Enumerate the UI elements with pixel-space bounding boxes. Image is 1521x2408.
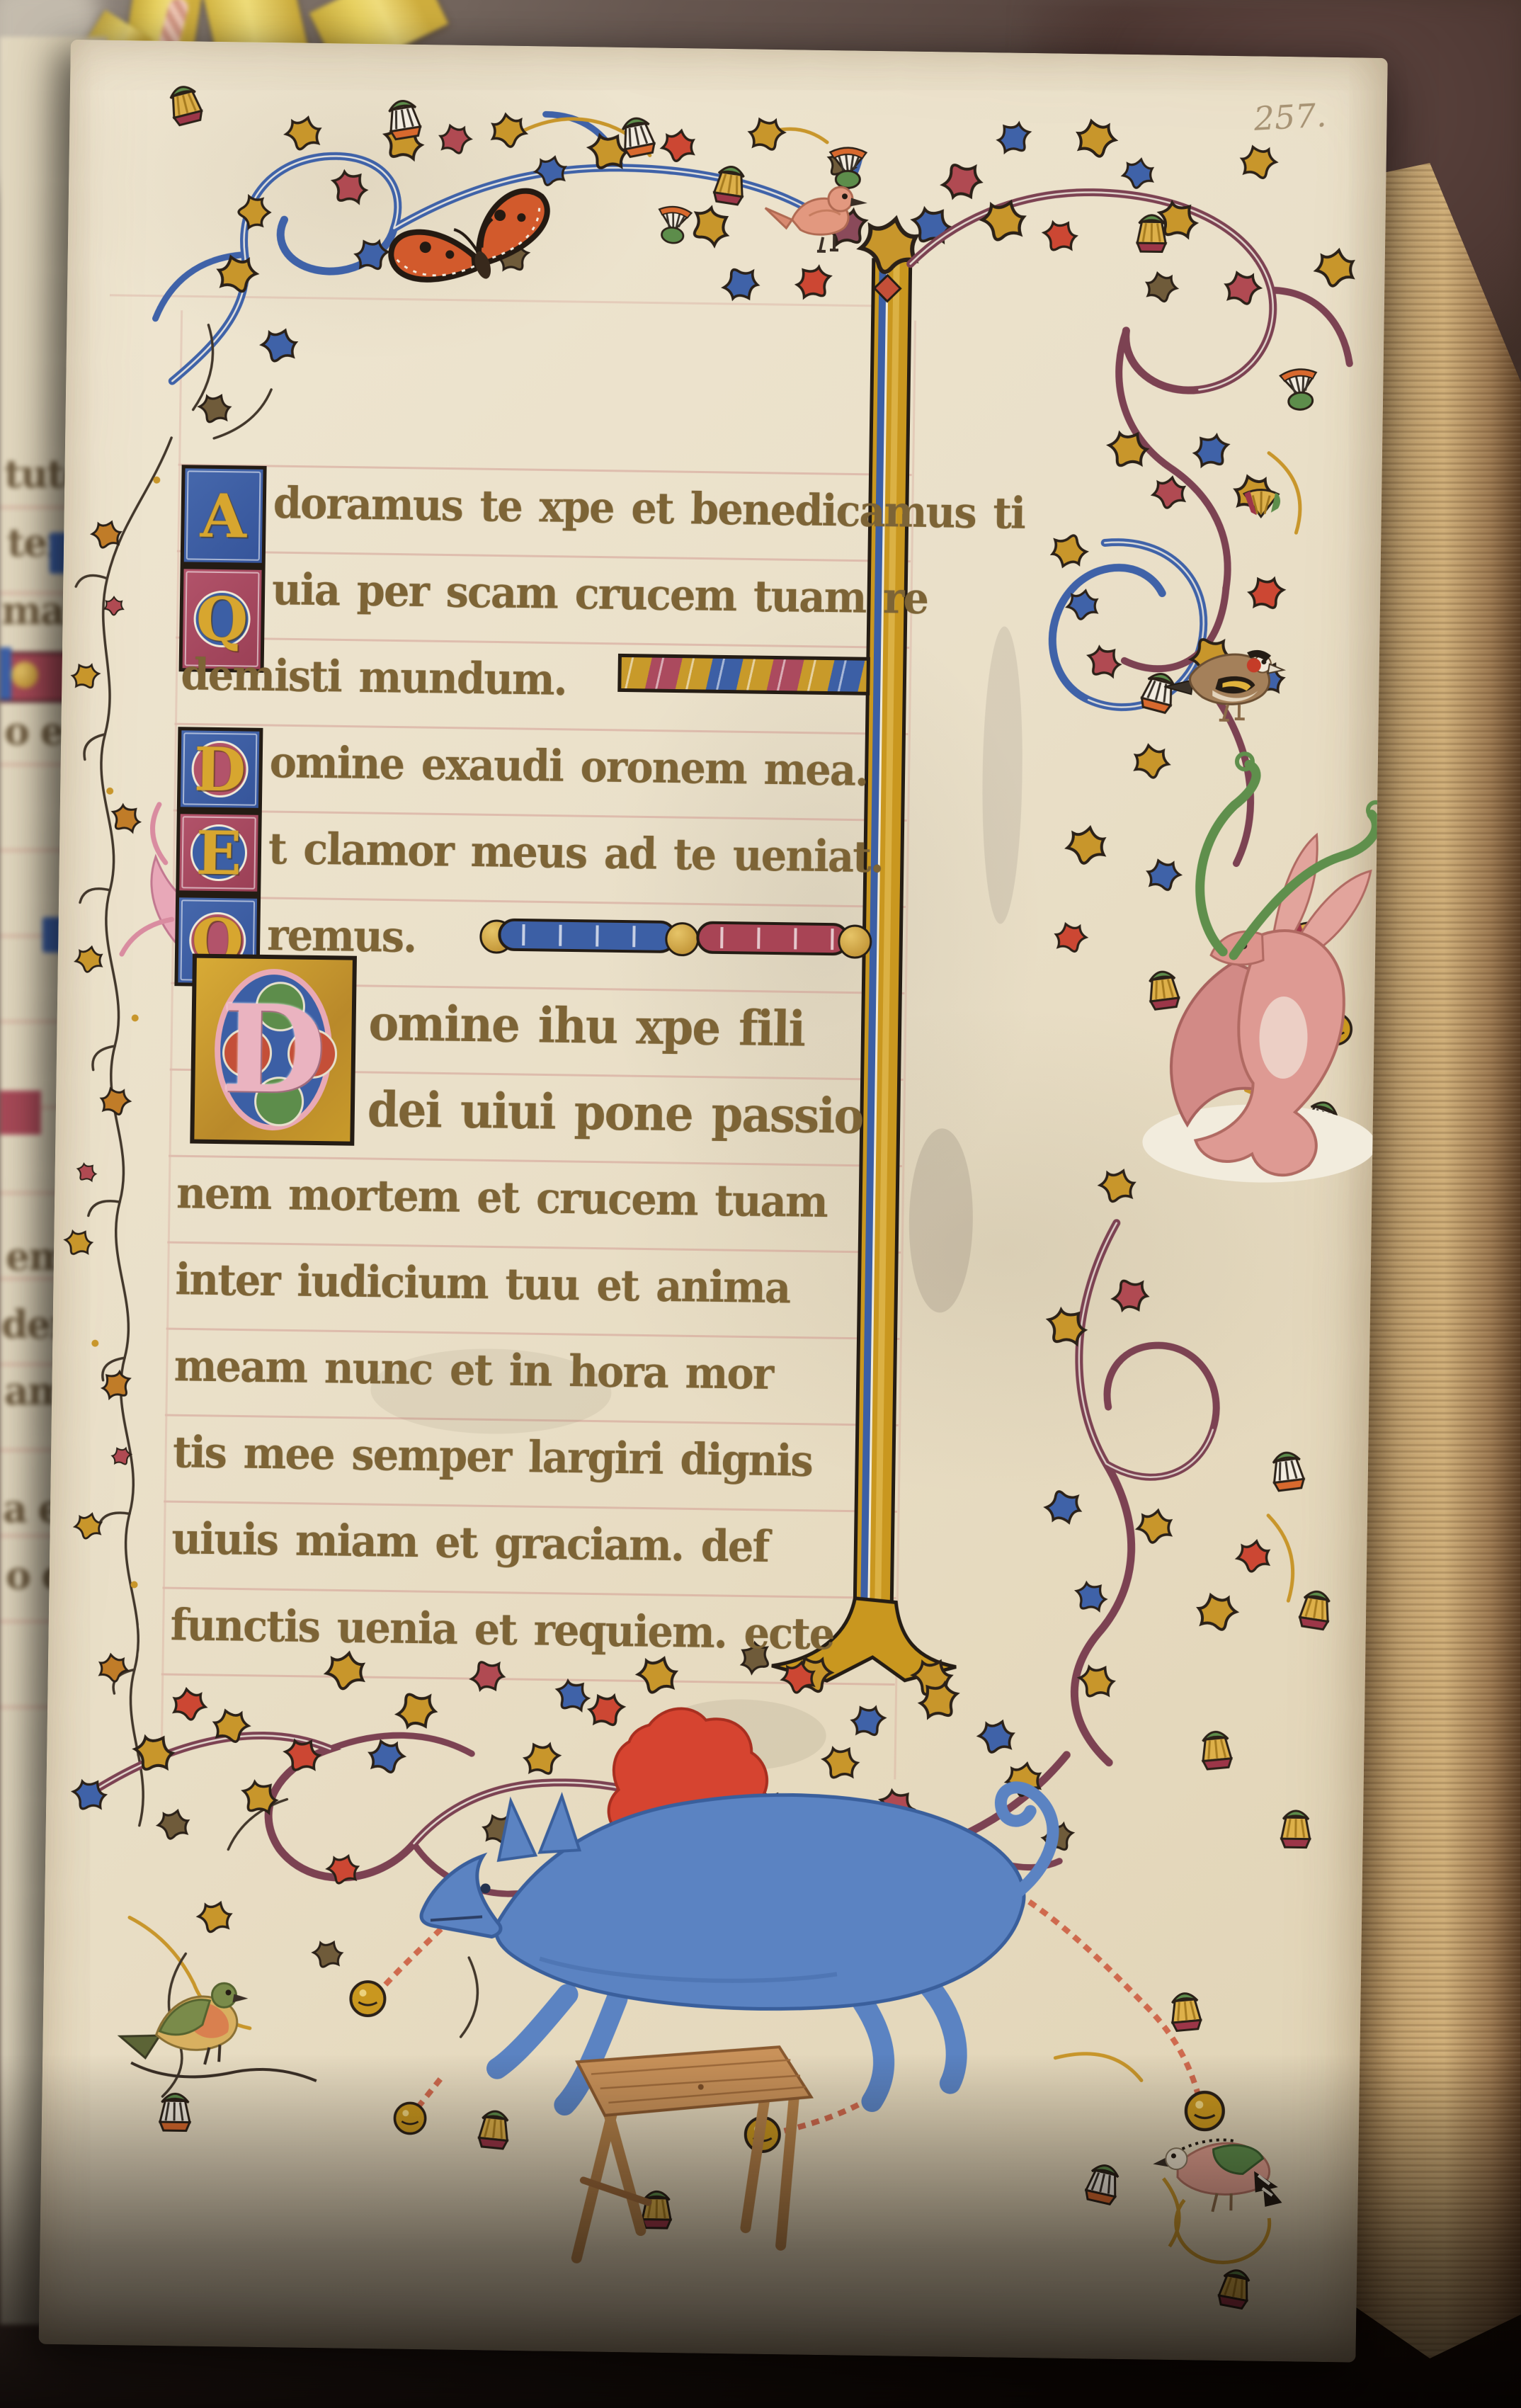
ghost-blue-cap (0, 647, 11, 700)
text-line: meam nunc et in hora mor (173, 1332, 773, 1414)
text-line: uiuis miam et graciam. def (171, 1505, 769, 1587)
folio-number: 257. (1253, 96, 1327, 138)
text-line: nem mortem et crucem tuam (176, 1159, 827, 1242)
ghost-red-filler (0, 1091, 41, 1135)
text-line: demisti mundum. (181, 641, 567, 720)
manuscript-page: 257. A Q D E O D (39, 40, 1388, 2363)
photographed-manuscript-scene: tuto nm tende mandi o et spi ema ders le… (0, 0, 1521, 2408)
butterfly-icon (384, 185, 562, 304)
ghost-gold-dot (11, 661, 38, 688)
blue-filler (498, 919, 677, 954)
text-line: uia per scam crucem tuam re (271, 556, 928, 639)
text-line: omine ihu xpe fili (368, 989, 805, 1069)
text-line: omine exaudi oronem mea. (269, 729, 868, 811)
line-filler-bars (479, 918, 868, 959)
red-filler (696, 921, 850, 955)
line-filler-bar (617, 654, 870, 695)
text-line: functis uenia et requiem. ecte (170, 1591, 834, 1674)
winged-grotesque-icon (1142, 752, 1384, 1184)
text-line: t clamor meus ad te ueniat. (268, 815, 883, 897)
text-line: tis mee semper largiri dignis (172, 1419, 812, 1501)
versal-initial-E: E (176, 810, 262, 895)
gold-knob (838, 924, 872, 959)
gold-knob (665, 922, 700, 957)
shadow-vignette (0, 2054, 1521, 2408)
text-line: inter iudicium tuu et anima (175, 1246, 790, 1328)
text-line: dei uiui pone passio (367, 1076, 863, 1157)
large-initial-D: D (190, 954, 357, 1146)
text-line: remus. (267, 902, 416, 977)
text-line: doramus te xpe et benedicamus ti (273, 470, 1025, 554)
versal-initial-D: D (177, 727, 263, 812)
versal-initial-A: A (181, 465, 267, 567)
